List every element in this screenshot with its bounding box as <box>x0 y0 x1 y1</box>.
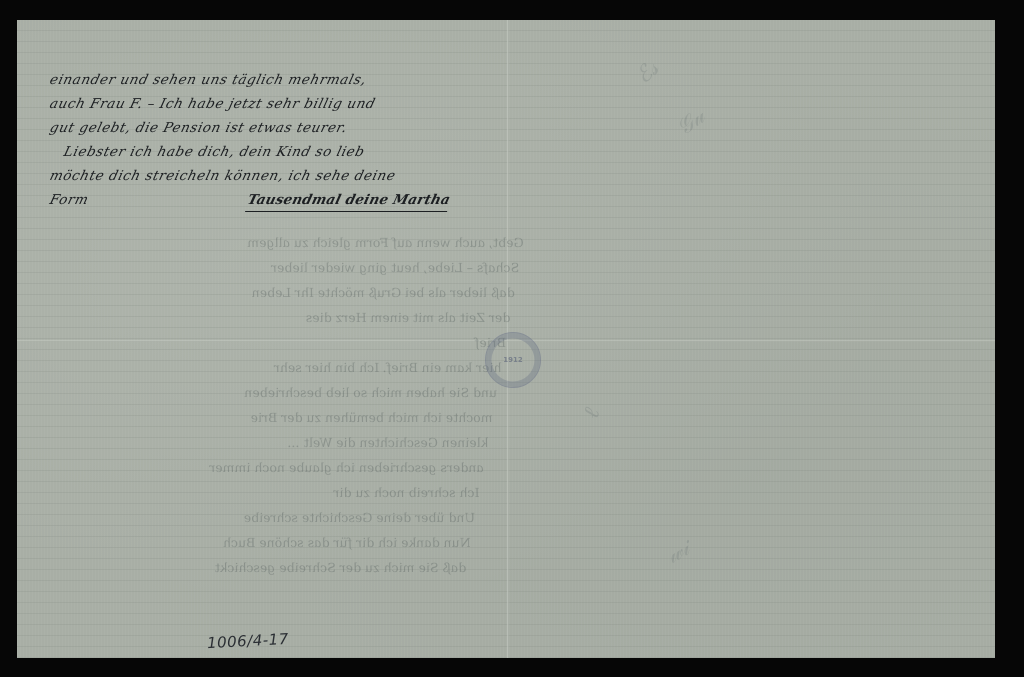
shelfmark-annotation: 1006/4-17 <box>207 630 290 652</box>
closing-row: Form Tausendmal deine Martha <box>47 188 473 212</box>
letter-line: Liebster ich habe dich, dein Kind so lie… <box>47 140 493 164</box>
letter-line: auch Frau F. – Ich habe jetzt sehr billi… <box>47 92 493 116</box>
signature: Tausendmal deine Martha <box>245 188 453 212</box>
stamp-text: 1912 <box>503 356 522 364</box>
letter-line: einander und sehen uns täglich mehrmals, <box>47 68 493 92</box>
archive-stamp: 1912 <box>485 332 541 388</box>
bleed-through-marks-right: ℰ𝓈 𝒢𝓊 ℓ 𝓌𝒾 <box>577 50 977 610</box>
letter-paper: Gebt, auch wenn auf Form gleich zu allge… <box>17 20 995 658</box>
letter-body: einander und sehen uns täglich mehrmals,… <box>47 68 487 212</box>
letter-line: möchte dich streicheln können, ich sehe … <box>47 164 493 188</box>
letter-line: gut gelebt, die Pension ist etwas teurer… <box>47 116 493 140</box>
bleed-through-text: Gebt, auch wenn auf Form gleich zu allge… <box>0 230 526 580</box>
letter-line: Form <box>47 188 91 212</box>
